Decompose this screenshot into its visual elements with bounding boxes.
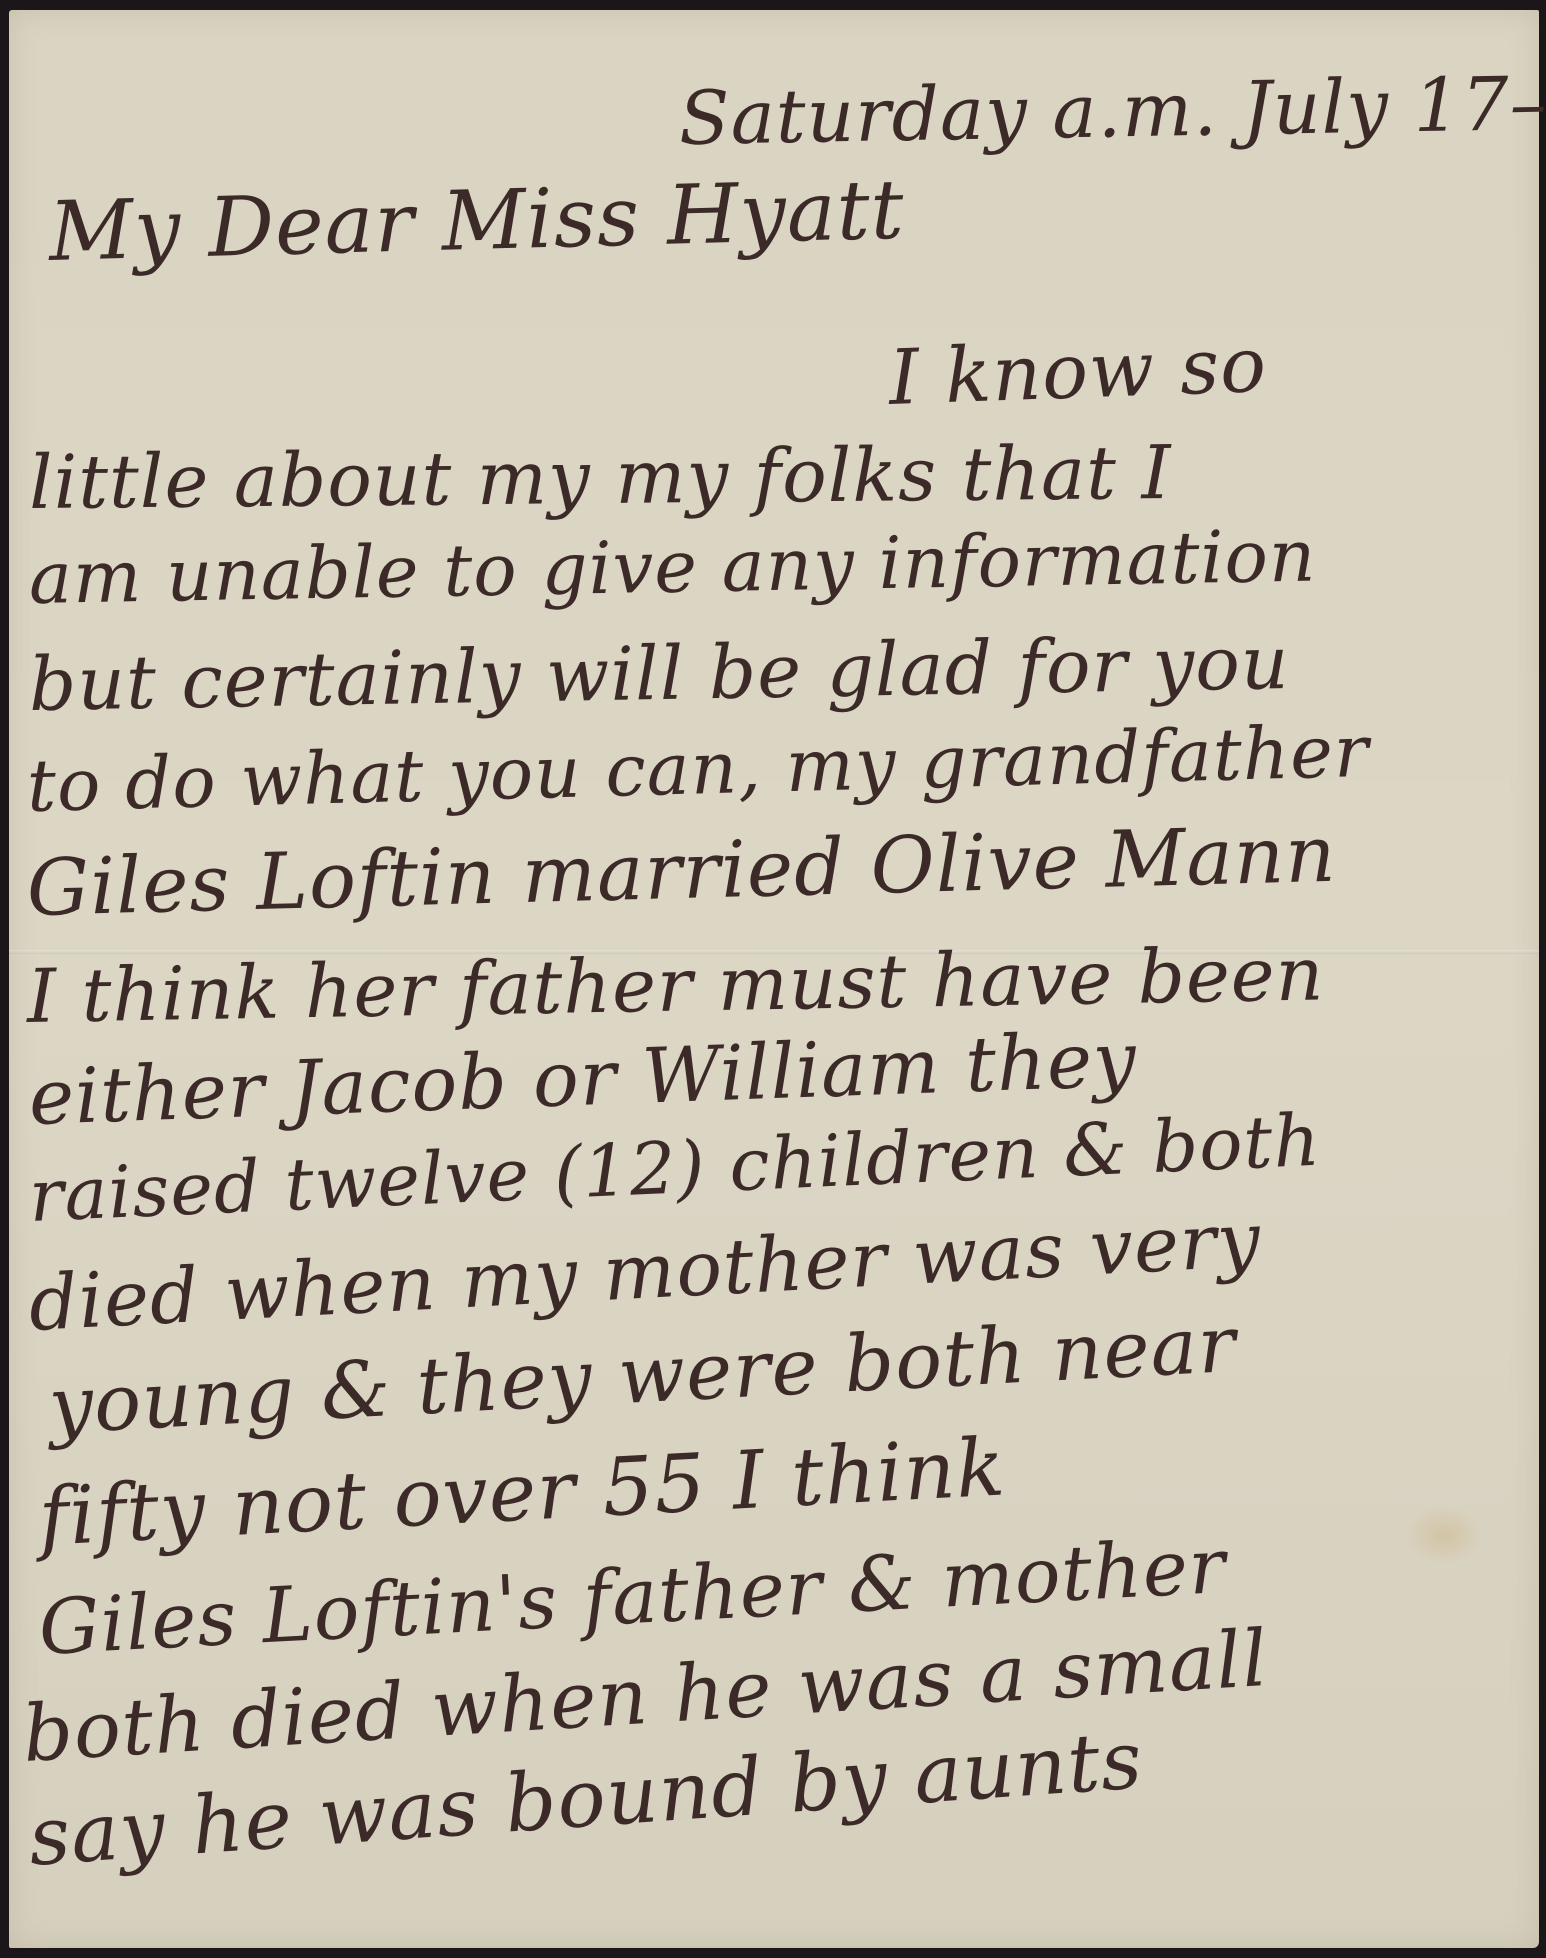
letter-line-12: fifty not over 55 I think	[37, 1427, 1008, 1558]
letter-line-5: to do what you can, my grandfather	[26, 715, 1370, 822]
salutation: My Dear Miss Hyatt	[48, 170, 906, 274]
letter-line-1: I know so	[888, 327, 1268, 416]
letter-line-4: but certainly will be glad for you	[28, 626, 1290, 722]
letter-line-3: am unable to give any information	[28, 520, 1316, 614]
letter-page: Saturday a.m. July 17– My Dear Miss Hyat…	[9, 10, 1539, 1948]
letter-line-2: little about my my folks that I	[29, 436, 1172, 520]
letter-line-6: Giles Loftin married Olive Mann	[26, 816, 1337, 928]
dateline: Saturday a.m. July 17–	[678, 67, 1546, 156]
